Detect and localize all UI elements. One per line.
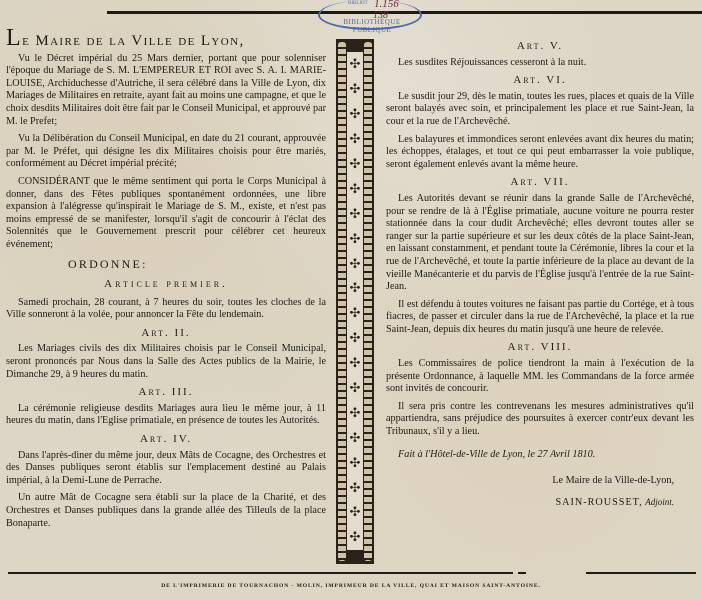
fleuron-icon: ✣ [350, 455, 361, 471]
fleuron-icon: ✣ [350, 280, 361, 296]
fleuron-icon: ✣ [350, 181, 361, 197]
article-8-text-2: Il sera pris contre les contrevenans les… [386, 401, 694, 439]
title-initial: L [6, 25, 22, 51]
fleuron-strip: ✣✣✣✣✣✣✣✣✣✣✣✣✣✣✣✣✣✣✣✣ [347, 52, 363, 550]
stamp-top-text: BIBLIOT [348, 1, 368, 6]
bottom-rule [8, 572, 513, 574]
article-6-text-2: Les balayures et immondices seront enlev… [386, 134, 694, 172]
ordonne-heading: ORDONNE: [6, 258, 326, 271]
fleuron-icon: ✣ [350, 330, 361, 346]
article-6-text-1: Le susdit jour 29, dès le matin, toutes … [386, 91, 694, 129]
library-stamp: BIBLIOT 1.156 138 BIBLIOTHÈQUE PUBLIQUE [318, 0, 422, 30]
article-1-text: Samedi prochain, 28 courant, à 7 heures … [6, 297, 326, 322]
bottom-rule-segment [586, 572, 696, 574]
preamble-paragraph-2: Vu la Délibération du Conseil Municipal,… [6, 133, 326, 171]
place-and-date: Fait à l'Hôtel-de-Ville de Lyon, le 27 A… [386, 449, 694, 462]
fleuron-icon: ✣ [350, 206, 361, 222]
fleuron-icon: ✣ [350, 529, 361, 545]
signatory: SAIN-ROUSSET, Adjoint. [386, 496, 694, 510]
ornamental-column-border: ✣✣✣✣✣✣✣✣✣✣✣✣✣✣✣✣✣✣✣✣ [336, 39, 374, 564]
article-5-text: Les susdites Réjouissances cesseront à l… [386, 57, 694, 70]
bottom-rule-segment [518, 572, 526, 574]
article-8-text-1: Les Commissaires de police tiendront la … [386, 358, 694, 396]
article-3-text: La cérémonie religieuse desdits Mariages… [6, 403, 326, 428]
fleuron-icon: ✣ [350, 56, 361, 72]
article-6-heading: Art. VI. [386, 74, 694, 87]
fleuron-icon: ✣ [350, 504, 361, 520]
fleuron-icon: ✣ [350, 405, 361, 421]
article-7-text-1: Les Autorités devant se réunir dans la g… [386, 193, 694, 294]
article-7-text-2: Il est défendu à toutes voitures ne fais… [386, 299, 694, 337]
preamble-paragraph-1: Vu le Décret impérial du 25 Mars dernier… [6, 53, 326, 129]
right-column: Art. V. Les susdites Réjouissances cesse… [386, 30, 694, 514]
fleuron-icon: ✣ [350, 156, 361, 172]
preamble-paragraph-3: CONSIDÉRANT que le même sentiment qui po… [6, 176, 326, 252]
article-7-heading: Art. VII. [386, 176, 694, 189]
title-rest: e Maire de la Ville de Lyon, [22, 33, 245, 49]
article-4-text-1: Dans l'après-diner du même jour, deux Mâ… [6, 450, 326, 488]
article-4-heading: Art. IV. [6, 433, 326, 446]
article-2-heading: Art. II. [6, 327, 326, 340]
fleuron-icon: ✣ [350, 131, 361, 147]
signatory-role: Adjoint. [645, 497, 674, 507]
article-2-text: Les Mariages civils des dix Militaires c… [6, 343, 326, 381]
article-4-text-2: Un autre Mât de Cocagne sera établi sur … [6, 492, 326, 530]
article-3-heading: Art. III. [6, 386, 326, 399]
fleuron-icon: ✣ [350, 256, 361, 272]
fleuron-icon: ✣ [350, 355, 361, 371]
printer-imprint: De l'Imprimerie de Tournachon - Molin, I… [0, 583, 702, 589]
article-5-heading: Art. V. [386, 40, 694, 53]
document-title: Le Maire de la Ville de Lyon, [6, 32, 326, 48]
article-1-heading: Article premier. [6, 278, 326, 291]
fleuron-icon: ✣ [350, 81, 361, 97]
fleuron-icon: ✣ [350, 231, 361, 247]
article-8-heading: Art. VIII. [386, 341, 694, 354]
fleuron-icon: ✣ [350, 305, 361, 321]
fleuron-icon: ✣ [350, 380, 361, 396]
signatory-name: SAIN-ROUSSET, [555, 497, 642, 508]
bead-chain-left [338, 42, 346, 561]
left-column: Le Maire de la Ville de Lyon, Vu le Décr… [6, 30, 326, 535]
stamp-number-1: 1.156 [374, 0, 399, 10]
signature-line: Le Maire de la Ville-de-Lyon, [386, 475, 694, 488]
fleuron-icon: ✣ [350, 106, 361, 122]
fleuron-icon: ✣ [350, 480, 361, 496]
fleuron-icon: ✣ [350, 430, 361, 446]
bead-chain-right [364, 42, 372, 561]
